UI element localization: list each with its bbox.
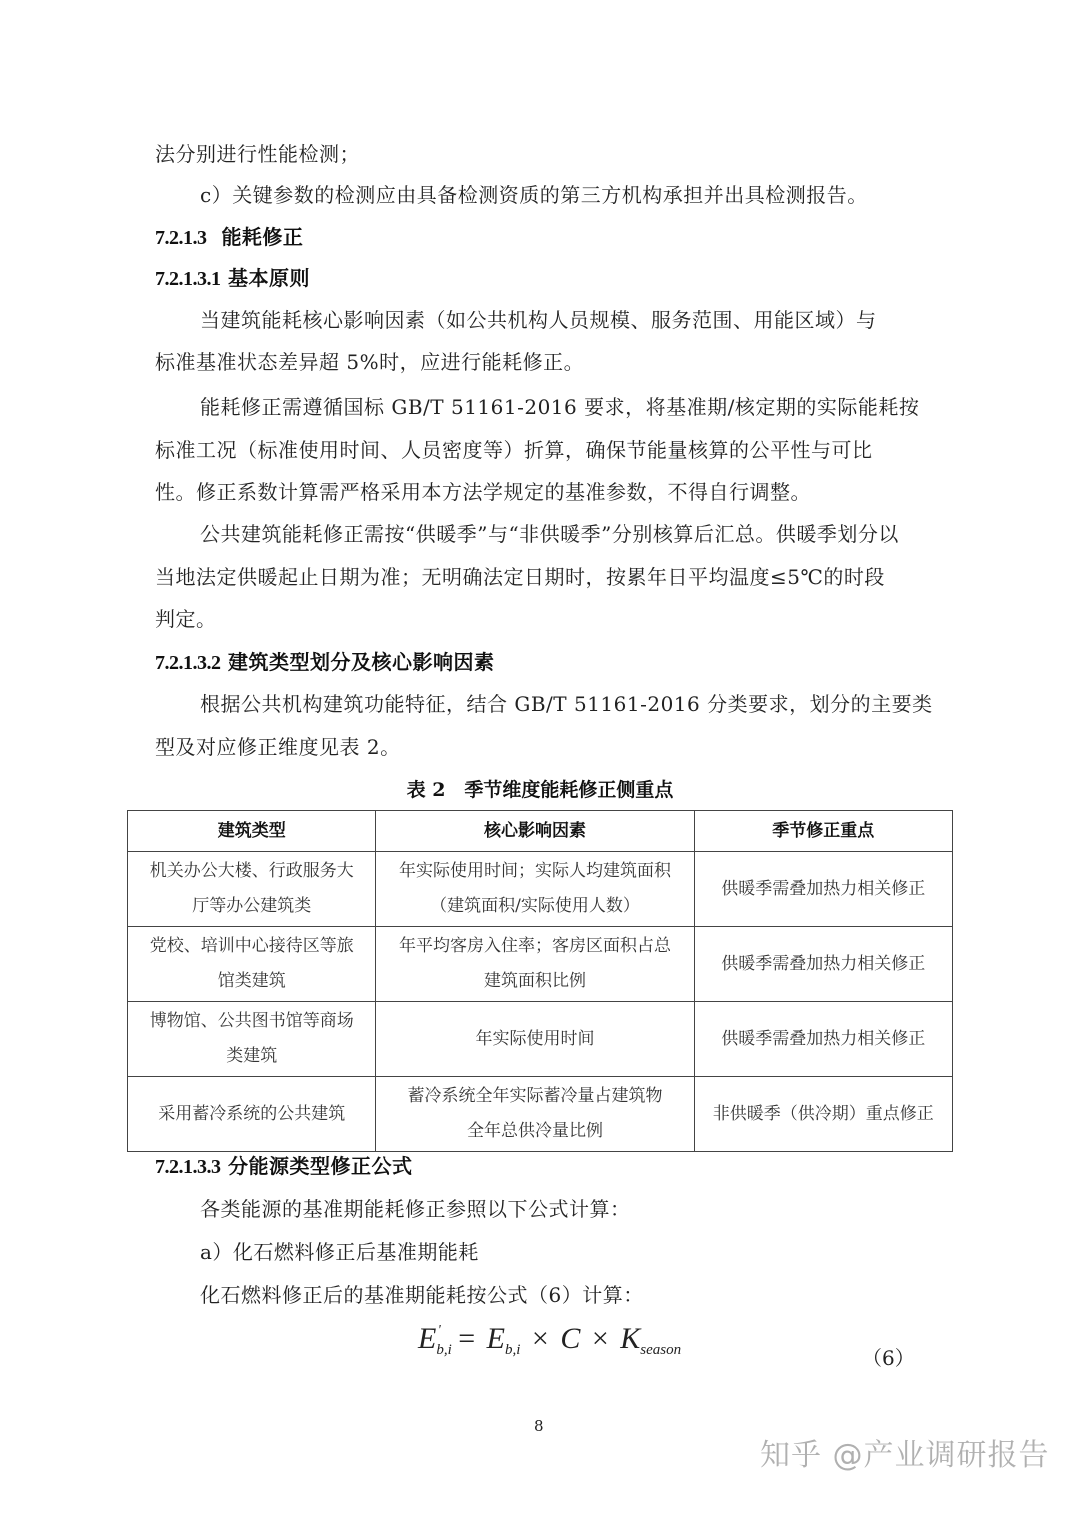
section-heading-7-2-1-3-2: 7.2.1.3.2 建筑类型划分及核心影响因素: [155, 648, 494, 677]
paragraph-line-item-a: a）化石燃料修正后基准期能耗: [200, 1238, 479, 1266]
table-row: 机关办公大楼、行政服务大 厅等办公建筑类 年实际使用时间；实际人均建筑面积 （建…: [128, 852, 953, 927]
table-row: 党校、培训中心接待区等旅 馆类建筑 年平均客房入住率；客房区面积占总 建筑面积比…: [128, 927, 953, 1002]
cell-core-factors: 年平均客房入住率；客房区面积占总 建筑面积比例: [376, 927, 694, 1002]
section-number: 7.2.1.3.1: [155, 268, 221, 290]
formula-rhs-e: E: [487, 1322, 505, 1355]
formula-times: ×: [532, 1322, 549, 1355]
column-header-core-factors: 核心影响因素: [376, 811, 694, 852]
cell-line: 年平均客房入住率；客房区面积占总: [399, 936, 671, 956]
table-seasonal-correction: 建筑类型 核心影响因素 季节修正重点 机关办公大楼、行政服务大 厅等办公建筑类 …: [127, 810, 953, 1152]
section-number: 7.2.1.3.2: [155, 652, 221, 674]
equation-number: （6）: [862, 1342, 915, 1371]
cell-line: 博物馆、公共图书馆等商场: [150, 1011, 354, 1031]
section-heading-7-2-1-3: 7.2.1.3 能耗修正: [155, 223, 303, 252]
paragraph-line: 标准工况（标准使用时间、人员密度等）折算，确保节能量核算的公平性与可比: [155, 436, 873, 464]
cell-building-type: 机关办公大楼、行政服务大 厅等办公建筑类: [128, 852, 376, 927]
table-header-row: 建筑类型 核心影响因素 季节修正重点: [128, 811, 953, 852]
paragraph-line: 公共建筑能耗修正需按“供暖季”与“非供暖季”分别核算后汇总。供暖季划分以: [200, 520, 899, 548]
formula-times: ×: [592, 1322, 609, 1355]
section-number: 7.2.1.3: [155, 227, 207, 249]
cell-seasonal-focus: 供暖季需叠加热力相关修正: [694, 927, 952, 1002]
paragraph-line: 当地法定供暖起止日期为准；无明确法定日期时，按累年日平均温度≤5℃的时段: [155, 563, 885, 591]
cell-building-type: 博物馆、公共图书馆等商场 类建筑: [128, 1002, 376, 1077]
table-row: 采用蓄冷系统的公共建筑 蓄冷系统全年实际蓄冷量占建筑物 全年总供冷量比例 非供暖…: [128, 1077, 953, 1152]
cell-line: 全年总供冷量比例: [467, 1121, 603, 1141]
formula-prime: ': [438, 1323, 441, 1338]
cell-line: 采用蓄冷系统的公共建筑: [158, 1104, 345, 1124]
formula-lhs: E: [418, 1322, 436, 1355]
formula-k-subscript: season: [640, 1342, 681, 1358]
cell-line: 类建筑: [226, 1046, 277, 1066]
cell-line: 馆类建筑: [218, 971, 286, 991]
cell-line: 年实际使用时间: [476, 1029, 595, 1049]
paragraph-line: 标准基准状态差异超 5%时，应进行能耗修正。: [155, 348, 584, 376]
page-number: 8: [534, 1417, 544, 1435]
table-row: 博物馆、公共图书馆等商场 类建筑 年实际使用时间 供暖季需叠加热力相关修正: [128, 1002, 953, 1077]
cell-core-factors: 年实际使用时间；实际人均建筑面积 （建筑面积/实际使用人数）: [376, 852, 694, 927]
cell-building-type: 党校、培训中心接待区等旅 馆类建筑: [128, 927, 376, 1002]
text-line-item-c: c）关键参数的检测应由具备检测资质的第三方机构承担并出具检测报告。: [200, 181, 868, 209]
cell-line: 建筑面积比例: [484, 971, 586, 991]
cell-core-factors: 年实际使用时间: [376, 1002, 694, 1077]
cell-line: 党校、培训中心接待区等旅: [150, 936, 354, 956]
cell-line: 年实际使用时间；实际人均建筑面积: [399, 861, 671, 881]
section-heading-7-2-1-3-1: 7.2.1.3.1 基本原则: [155, 264, 310, 293]
section-heading-7-2-1-3-3: 7.2.1.3.3 分能源类型修正公式: [155, 1152, 412, 1181]
section-title: 基本原则: [228, 266, 310, 290]
column-header-building-type: 建筑类型: [128, 811, 376, 852]
paragraph-line: 当建筑能耗核心影响因素（如公共机构人员规模、服务范围、用能区域）与: [200, 306, 877, 334]
section-title: 能耗修正: [221, 225, 303, 249]
cell-seasonal-focus: 非供暖季（供冷期）重点修正: [694, 1077, 952, 1152]
formula-6: Eb,i' = Eb,i × C × Kseason: [418, 1322, 681, 1359]
paragraph-line: 化石燃料修正后的基准期能耗按公式（6）计算：: [200, 1281, 644, 1309]
formula-k: K: [620, 1322, 640, 1355]
cell-line: 机关办公大楼、行政服务大: [150, 861, 354, 881]
section-title: 建筑类型划分及核心影响因素: [228, 650, 495, 674]
paragraph-line: 型及对应修正维度见表 2。: [155, 733, 401, 761]
cell-seasonal-focus: 供暖季需叠加热力相关修正: [694, 852, 952, 927]
paragraph-line: 各类能源的基准期能耗修正参照以下公式计算：: [200, 1195, 631, 1223]
cell-line: 蓄冷系统全年实际蓄冷量占建筑物: [408, 1086, 663, 1106]
column-header-seasonal-focus: 季节修正重点: [694, 811, 952, 852]
text-line: 法分别进行性能检测；: [155, 140, 360, 168]
paragraph-line: 根据公共机构建筑功能特征，结合 GB/T 51161-2016 分类要求，划分的…: [200, 690, 933, 718]
paragraph-line: 性。修正系数计算需严格采用本方法学规定的基准参数，不得自行调整。: [155, 478, 811, 506]
paragraph-line: 判定。: [155, 605, 217, 633]
section-title: 分能源类型修正公式: [228, 1154, 413, 1178]
cell-core-factors: 蓄冷系统全年实际蓄冷量占建筑物 全年总供冷量比例: [376, 1077, 694, 1152]
formula-c: C: [560, 1322, 580, 1355]
table-caption: 表 2 季节维度能耗修正侧重点: [0, 775, 1080, 802]
cell-line: 厅等办公建筑类: [192, 896, 311, 916]
watermark: 知乎 @产业调研报告: [760, 1430, 1050, 1474]
formula-lhs-subscript: b,i: [436, 1342, 451, 1358]
formula-rhs-subscript: b,i: [505, 1342, 520, 1358]
cell-line: （建筑面积/实际使用人数）: [430, 896, 640, 916]
formula-equals: =: [458, 1322, 475, 1355]
section-number: 7.2.1.3.3: [155, 1156, 221, 1178]
paragraph-line: 能耗修正需遵循国标 GB/T 51161-2016 要求，将基准期/核定期的实际…: [200, 393, 919, 421]
cell-building-type: 采用蓄冷系统的公共建筑: [128, 1077, 376, 1152]
cell-seasonal-focus: 供暖季需叠加热力相关修正: [694, 1002, 952, 1077]
